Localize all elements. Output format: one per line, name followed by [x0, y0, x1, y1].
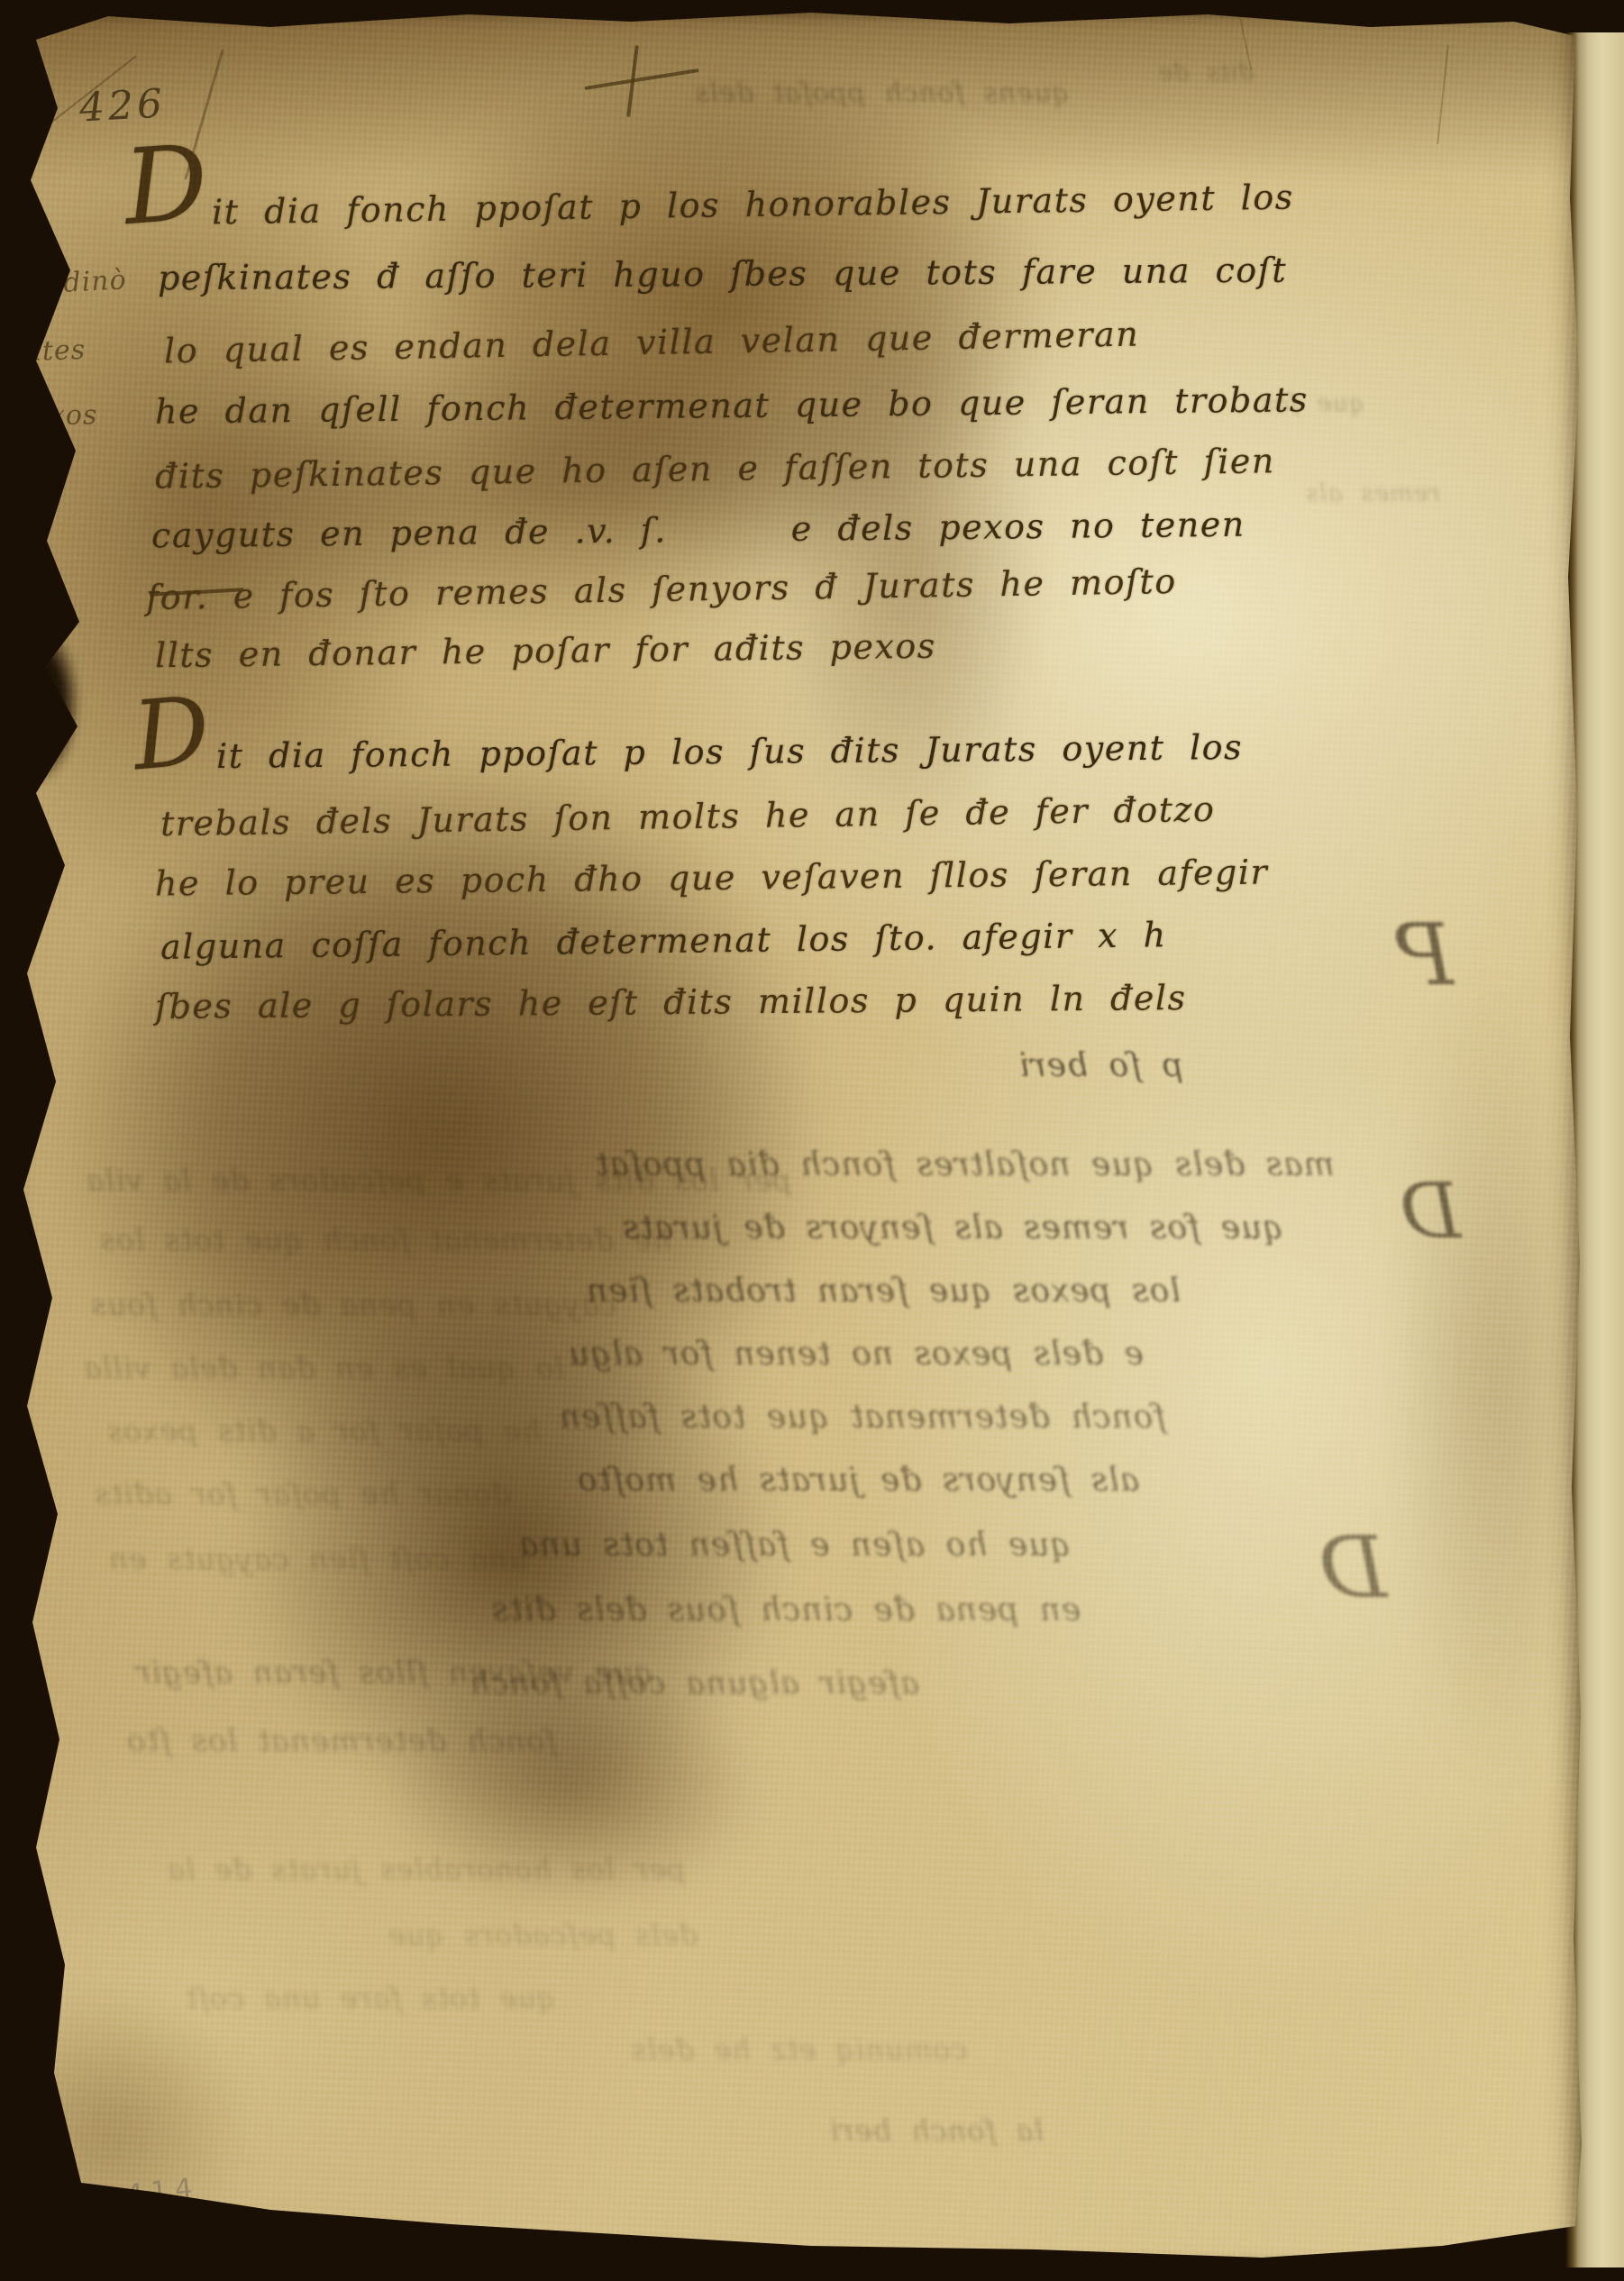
bleedthrough-line: los pexos que ſeran trobats ſien [586, 1273, 1181, 1309]
bleedthrough-line: cayguts en pena đe cinch ſous [90, 1287, 616, 1322]
bleedthrough-capital: D [1399, 1167, 1461, 1256]
bleedthrough-line: he đetermenat fonch que tots los [99, 1222, 671, 1257]
manuscript-line: it dia fonch ppoſat p los honorables Jur… [212, 178, 1294, 233]
stain-blob [379, 1658, 766, 1911]
bleedthrough-line: e đels pexos no tenen for algu [568, 1336, 1144, 1373]
initial-capital: D [130, 692, 212, 774]
folio-number: 426 [78, 81, 168, 132]
initial-capital: D [122, 141, 210, 230]
manuscript-line: he lo preu es poch đho que veſaven ſllos… [155, 853, 1269, 904]
bleedthrough-line: que ho aſen e faſſen tots una [518, 1527, 1071, 1564]
stain-blob [0, 0, 1624, 180]
bleedthrough-capital: D [1318, 1519, 1387, 1618]
bleedthrough-line: lo qual es en đan đela villa [83, 1350, 564, 1385]
crease-line [1437, 45, 1448, 144]
tear-hole [0, 618, 81, 786]
bleedthrough-line: fonch đetermenat que tots faſſen [559, 1399, 1166, 1436]
stain-blob [234, 1280, 793, 1820]
bleedthrough-line: đonar he poſar for ađits [94, 1476, 511, 1511]
bleedthrough-line: que fos remes als ſenyors đe jurats [622, 1209, 1283, 1246]
pencil-number: 414 [124, 2172, 200, 2211]
manuscript-scan: quens fonch ppoſat dels đits de que fos … [0, 0, 1624, 2281]
manuscript-line: lo qual es endan dela villa velan que đe… [164, 315, 1140, 371]
bleedthrough-line: mas đels que noſaltres fonch đia ppoſat [595, 1146, 1335, 1183]
bleedthrough-line: he poſar for a đits pexos [106, 1413, 541, 1448]
margin-note-line: ates [24, 334, 86, 368]
binding-shadow [1566, 0, 1624, 36]
bleedthrough-line: quens fonch ppoſat dels [694, 78, 1070, 109]
manuscript-line: llts en đonar he poſar for ađits pexos [155, 626, 936, 676]
stain-blob [0, 1983, 252, 2280]
bleedthrough-line: per los đits jurats e peſcadors de la vi… [86, 1163, 791, 1198]
bleedthrough-line: remes als [1305, 479, 1441, 507]
manuscript-page: quens fonch ppoſat dels đits de que fos … [0, 0, 1586, 2281]
bleedthrough-line: fonch đetermenat los ſto [126, 1723, 557, 1759]
cross-mark [584, 68, 698, 90]
manuscript-line: cayguts en pena đe .v. ſ. e đels pexos n… [151, 505, 1245, 556]
manuscript-line: he dan qſell fonch đetermenat que bo que… [155, 379, 1309, 431]
stain-blob [1388, 973, 1604, 1784]
bleedthrough-capital: P [1395, 906, 1454, 1005]
bleedthrough-line: una coſt ſien cayguts en [108, 1541, 528, 1576]
bleedthrough-line: que veſaven ſllos ſeran afegir [135, 1655, 654, 1691]
bleedthrough-line: đits de [1158, 59, 1254, 87]
bleedthrough-line: als ſenyors đe jurats he moſto [577, 1462, 1139, 1499]
margin-note-line: ordinò [32, 264, 127, 300]
bleedthrough-line: đels peſcadors que [388, 1918, 698, 1952]
bleedthrough-line: p ſo beri [1018, 1047, 1183, 1084]
manuscript-line: it dia fonch ppoſat p los ſus đits Jurat… [216, 727, 1243, 776]
bleedthrough-line: comuniq etz he đels [631, 2032, 967, 2067]
manuscript-line: trebals đels Jurats ſon molts he an ſe đ… [160, 789, 1216, 844]
margin-note-line: pexos [14, 399, 98, 433]
crease-line [1237, 8, 1253, 70]
bleedthrough-line: per los honorables jurats đe la [167, 1852, 686, 1886]
manuscript-line: đits peſkinates que ho aſen e faſſen tot… [155, 441, 1275, 496]
bleedthrough-line: la fonch beri [829, 2113, 1044, 2148]
bleedthrough-line: afegir alguna coſſa fonch [469, 1665, 919, 1702]
manuscript-line: ſbes ale g ſolars he eſt đits millos p q… [155, 978, 1187, 1026]
manuscript-line: for. e fos ſto remes als ſenyors đ Jurat… [146, 561, 1177, 617]
bleedthrough-line: en pena đe cinch ſous đels đits [491, 1592, 1081, 1629]
bleedthrough-line: que tots fare una coſt [185, 1981, 555, 2015]
manuscript-line: peſkinates đ aſſo teri hguo ſbes que tot… [158, 251, 1287, 298]
manuscript-line: alguna coſſa fonch đetermenat los ſto. a… [160, 915, 1167, 967]
